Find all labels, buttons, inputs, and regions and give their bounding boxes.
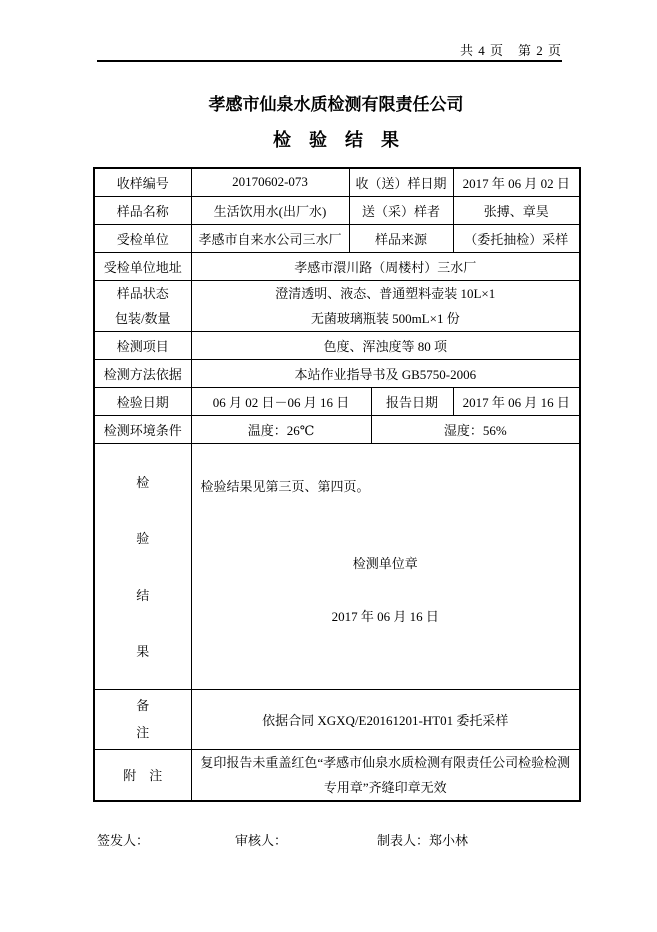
table-row: 样品名称 生活饮用水(出厂水) 送（采）样者 张搏、章昊 [94, 196, 580, 224]
table-row: 检测方法依据 本站作业指导书及 GB5750-2006 [94, 359, 580, 387]
method-basis-label: 检测方法依据 [94, 359, 191, 387]
table-row: 收样编号 20170602-073 收（送）样日期 2017 年 06 月 02… [94, 168, 580, 196]
humidity-value: 湿度：56% [371, 415, 580, 443]
table-row: 检 验 结 果 检验结果见第三页、第四页。 检测单位章 2017 年 06 月 … [94, 443, 580, 689]
report-page: 共 4 页 第 2 页 孝感市仙泉水质检测有限责任公司 检 验 结 果 收样编号… [0, 0, 657, 932]
page-number-info: 共 4 页 第 2 页 [97, 40, 562, 59]
sample-name-value: 生活饮用水(出厂水) [191, 196, 349, 224]
result-label-char-2: 验 [136, 528, 149, 547]
sample-state-value: 澄清透明、液态、普通塑料壶装 10L×1 无菌玻璃瓶装 500mL×1 份 [191, 280, 580, 331]
result-section-content: 检验结果见第三页、第四页。 检测单位章 2017 年 06 月 16 日 [191, 443, 580, 689]
reviewer-label: 审核人： [235, 830, 287, 849]
sample-state-label-line1: 样品状态 [98, 281, 188, 306]
result-date: 2017 年 06 月 16 日 [192, 606, 580, 625]
result-label-char-1: 检 [136, 472, 149, 491]
table-row: 检测项目 色度、浑浊度等 80 项 [94, 331, 580, 359]
receive-date-label: 收（送）样日期 [349, 168, 453, 196]
sample-source-value: （委托抽检）采样 [453, 224, 580, 252]
appendix-note-value: 复印报告未重盖红色“孝感市仙泉水质检测有限责任公司检验检测专用章”齐缝印章无效 [191, 749, 580, 801]
remark-value: 依据合同 XGXQ/E20161201-HT01 委托采样 [191, 689, 580, 749]
receive-date-value: 2017 年 06 月 02 日 [453, 168, 580, 196]
remark-label-char-2: 注 [98, 719, 188, 746]
remark-label-char-1: 备 [98, 692, 188, 719]
inspected-unit-value: 孝感市自来水公司三水厂 [191, 224, 349, 252]
sample-state-value-line1: 澄清透明、液态、普通塑料壶装 10L×1 [195, 281, 577, 306]
unit-address-label: 受检单位地址 [94, 252, 191, 280]
inspection-result-table: 收样编号 20170602-073 收（送）样日期 2017 年 06 月 02… [93, 167, 581, 802]
company-title: 孝感市仙泉水质检测有限责任公司 [93, 90, 579, 115]
remark-label: 备 注 [94, 689, 191, 749]
result-label-char-4: 果 [136, 641, 149, 660]
result-reference-note: 检验结果见第三页、第四页。 [201, 476, 576, 495]
report-date-label: 报告日期 [371, 387, 453, 415]
table-row: 附 注 复印报告未重盖红色“孝感市仙泉水质检测有限责任公司检验检测专用章”齐缝印… [94, 749, 580, 801]
sample-state-label: 样品状态 包装/数量 [94, 280, 191, 331]
unit-seal-placeholder: 检测单位章 [192, 553, 580, 572]
sampler-label: 送（采）样者 [349, 196, 453, 224]
receipt-no-value: 20170602-073 [191, 168, 349, 196]
inspection-date-value: 06 月 02 日－06 月 16 日 [191, 387, 371, 415]
table-row: 检测环境条件 温度：26℃ 湿度：56% [94, 415, 580, 443]
issuer-label: 签发人： [97, 830, 149, 849]
result-section-label: 检 验 结 果 [94, 443, 191, 689]
test-items-label: 检测项目 [94, 331, 191, 359]
table-row: 受检单位地址 孝感市澴川路（周楼村）三水厂 [94, 252, 580, 280]
sample-name-label: 样品名称 [94, 196, 191, 224]
receipt-no-label: 收样编号 [94, 168, 191, 196]
report-title: 检 验 结 果 [93, 126, 579, 152]
result-label-char-3: 结 [136, 585, 149, 604]
table-row: 备 注 依据合同 XGXQ/E20161201-HT01 委托采样 [94, 689, 580, 749]
report-date-value: 2017 年 06 月 16 日 [453, 387, 580, 415]
sampler-value: 张搏、章昊 [453, 196, 580, 224]
environment-label: 检测环境条件 [94, 415, 191, 443]
test-items-value: 色度、浑浊度等 80 项 [191, 331, 580, 359]
unit-address-value: 孝感市澴川路（周楼村）三水厂 [191, 252, 580, 280]
table-row: 受检单位 孝感市自来水公司三水厂 样品来源 （委托抽检）采样 [94, 224, 580, 252]
inspected-unit-label: 受检单位 [94, 224, 191, 252]
temperature-value: 温度：26℃ [191, 415, 371, 443]
sample-state-label-line2: 包装/数量 [98, 306, 188, 331]
sample-source-label: 样品来源 [349, 224, 453, 252]
method-basis-value: 本站作业指导书及 GB5750-2006 [191, 359, 580, 387]
table-row: 检验日期 06 月 02 日－06 月 16 日 报告日期 2017 年 06 … [94, 387, 580, 415]
appendix-note-label: 附 注 [94, 749, 191, 801]
inspection-date-label: 检验日期 [94, 387, 191, 415]
preparer-label: 制表人：郑小林 [377, 830, 468, 849]
header-rule [97, 60, 562, 62]
table-row: 样品状态 包装/数量 澄清透明、液态、普通塑料壶装 10L×1 无菌玻璃瓶装 5… [94, 280, 580, 331]
sample-state-value-line2: 无菌玻璃瓶装 500mL×1 份 [195, 306, 577, 331]
